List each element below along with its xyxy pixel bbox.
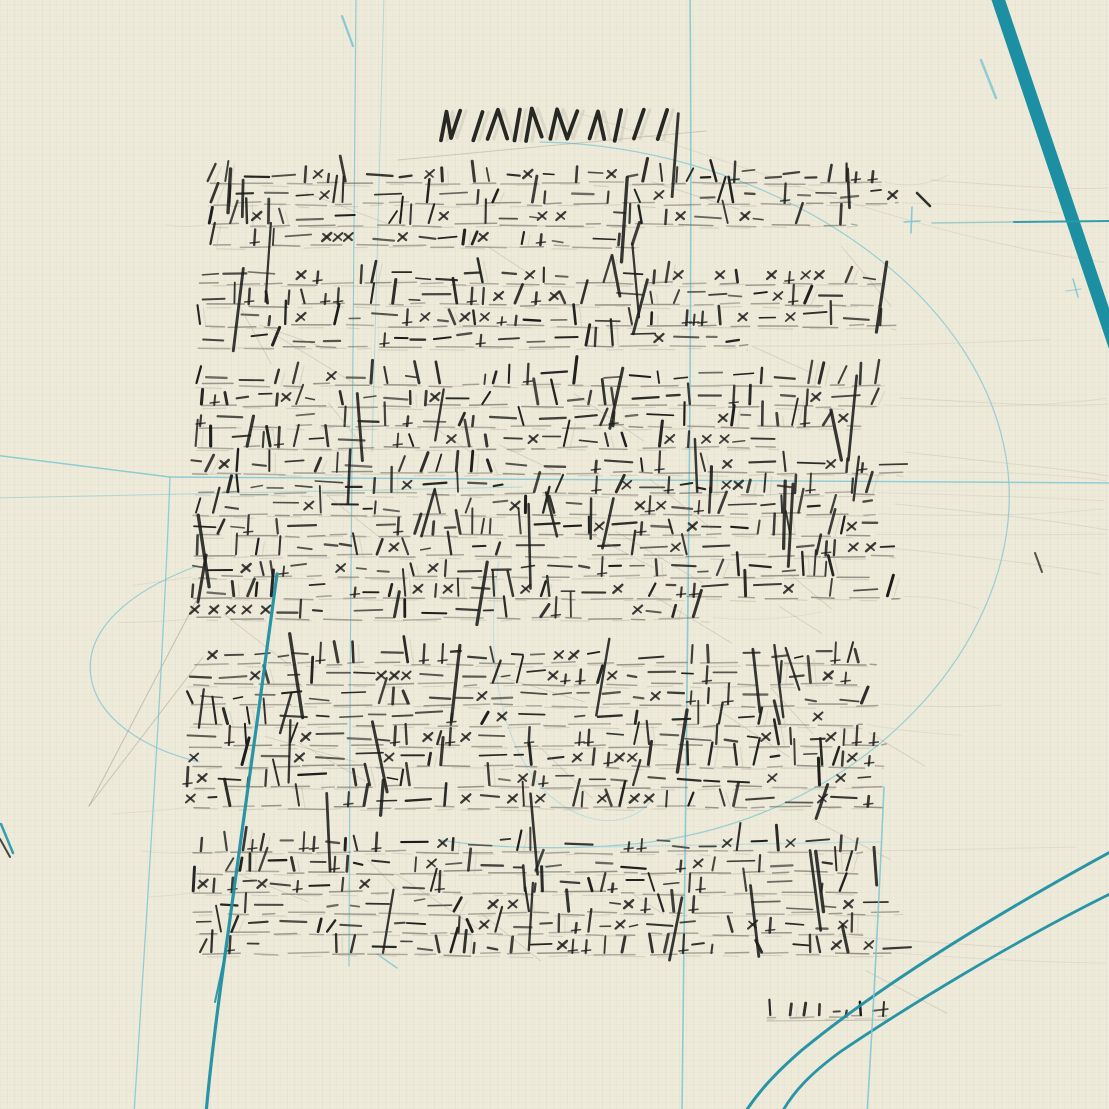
signature-marks (767, 1000, 889, 1021)
asemic-document-art (0, 0, 1109, 1109)
decor-underlay (0, 0, 1109, 1109)
artwork-page (0, 0, 1109, 1109)
paragraph-block-3 (196, 357, 1106, 471)
title-marks (441, 109, 673, 141)
paragraph-block-6 (142, 793, 1106, 1013)
paragraph-block-5 (113, 634, 1001, 860)
paragraph-block-4 (118, 439, 1106, 663)
